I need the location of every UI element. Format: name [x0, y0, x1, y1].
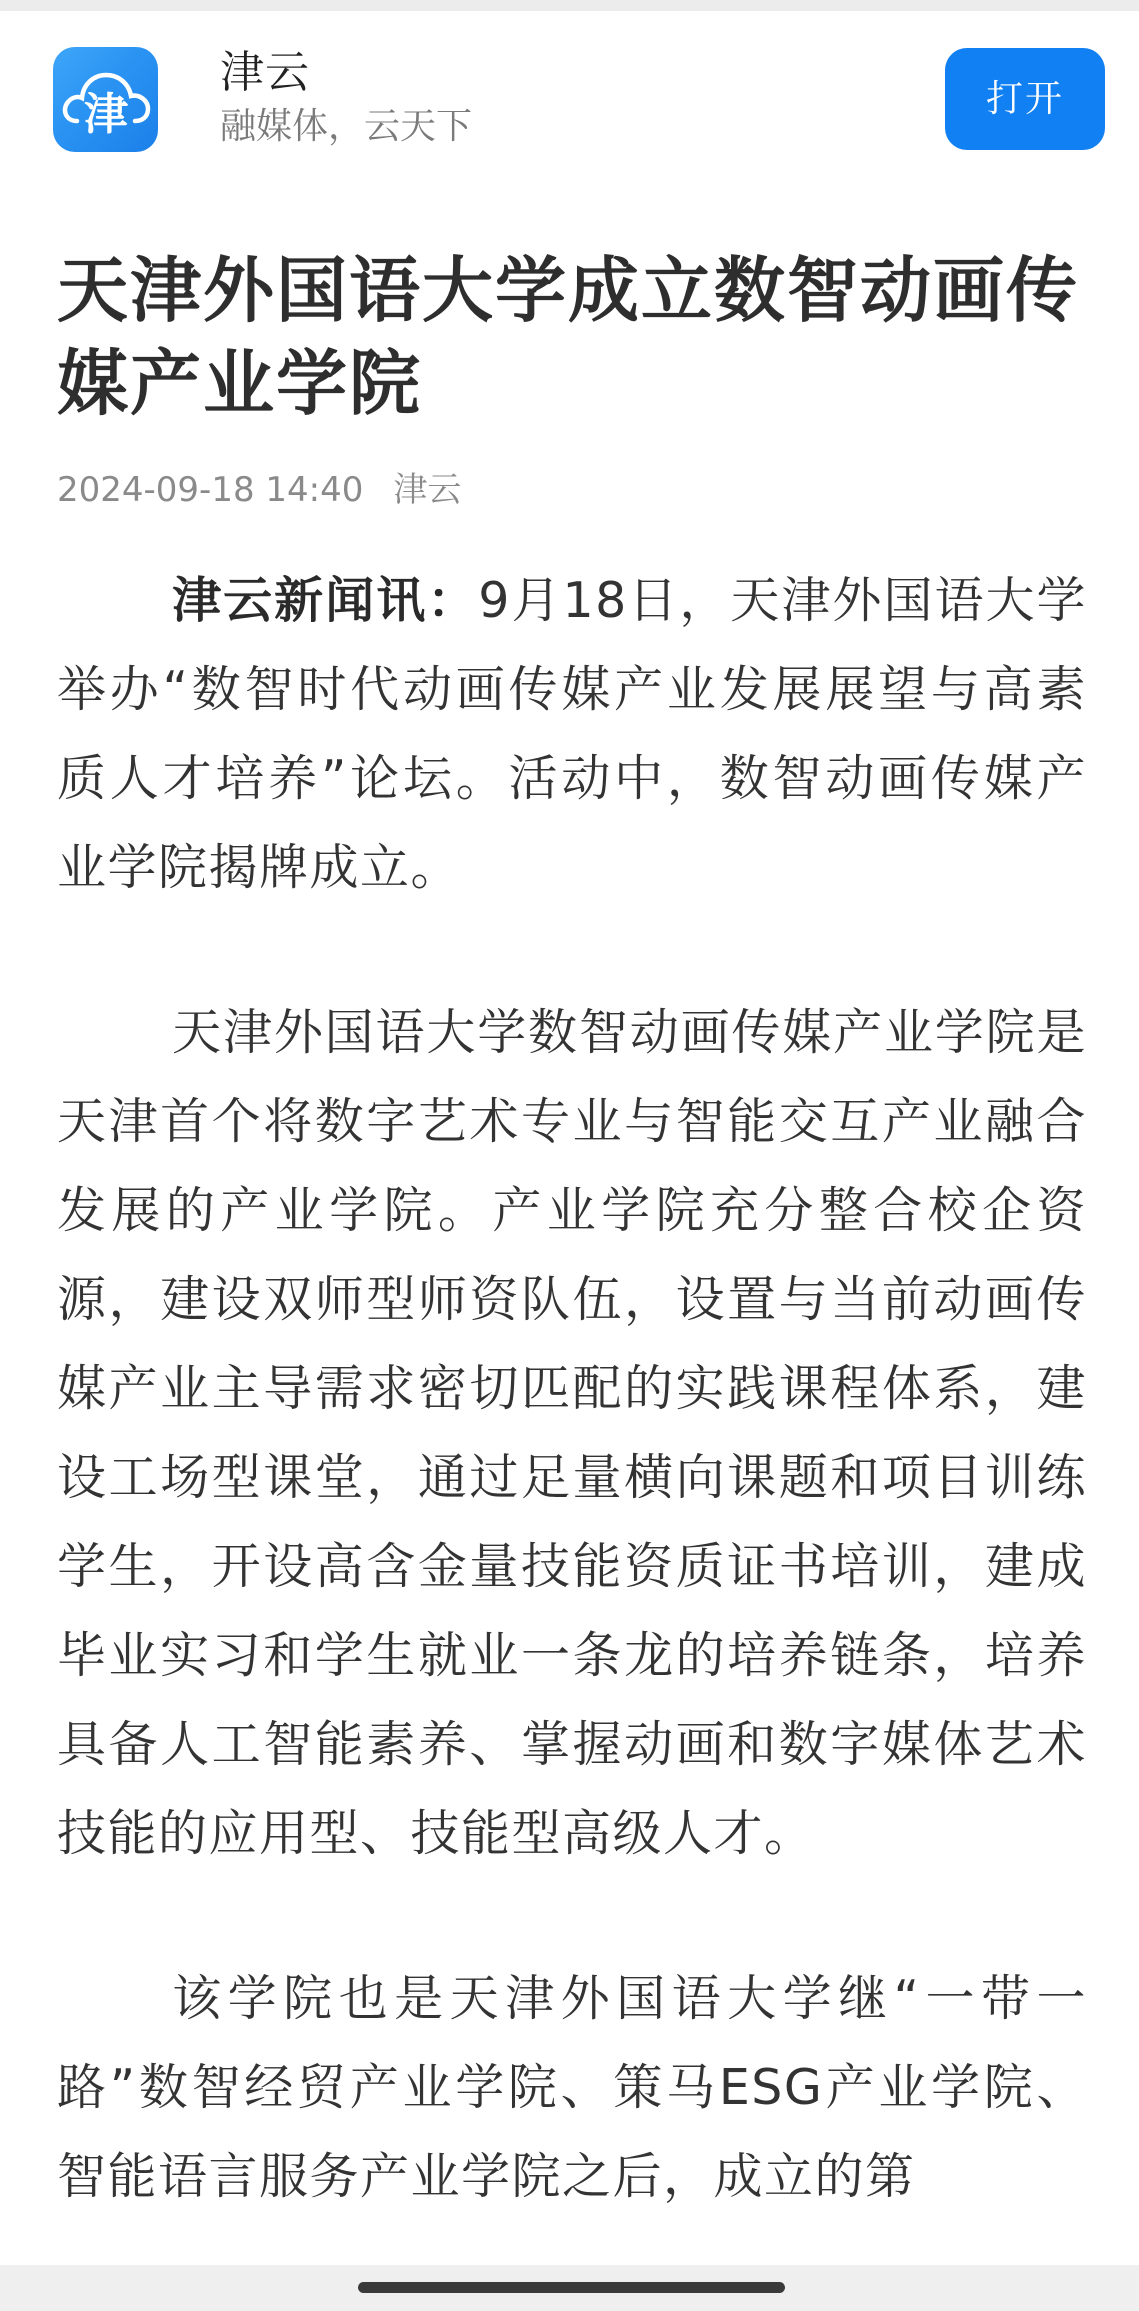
app-slogan: 融媒体，云天下	[220, 103, 472, 151]
article: 天津外国语大学成立数智动画传媒产业学院 2024-09-18 14:40津云 津…	[57, 244, 1087, 2221]
news-dateline-label: 津云新闻讯：	[172, 572, 478, 629]
home-indicator[interactable]	[358, 2282, 785, 2293]
app-name: 津云	[220, 45, 310, 101]
article-body: 津云新闻讯：9月18日，天津外国语大学举办“数智时代动画传媒产业发展展望与高素质…	[57, 556, 1087, 2221]
top-status-strip	[0, 0, 1139, 11]
logo-glyph: 津	[84, 89, 128, 140]
open-app-button[interactable]: 打开	[945, 48, 1105, 150]
paragraph-1: 津云新闻讯：9月18日，天津外国语大学举办“数智时代动画传媒产业发展展望与高素质…	[57, 556, 1087, 912]
app-download-banner: 津 津云 融媒体，云天下 打开	[0, 11, 1139, 181]
system-gesture-bar	[0, 2265, 1139, 2311]
article-title: 天津外国语大学成立数智动画传媒产业学院	[57, 244, 1087, 430]
publish-datetime: 2024-09-18 14:40	[57, 470, 363, 510]
jinyun-cloud-logo-icon[interactable]: 津	[53, 47, 158, 152]
paragraph-3: 该学院也是天津外国语大学继“一带一路”数智经贸产业学院、策马ESG产业学院、智能…	[57, 1954, 1087, 2221]
cloud-icon: 津	[53, 47, 158, 152]
article-meta: 2024-09-18 14:40津云	[57, 466, 1087, 514]
article-source[interactable]: 津云	[393, 470, 461, 510]
paragraph-2: 天津外国语大学数智动画传媒产业学院是天津首个将数字艺术专业与智能交互产业融合发展…	[57, 988, 1087, 1878]
